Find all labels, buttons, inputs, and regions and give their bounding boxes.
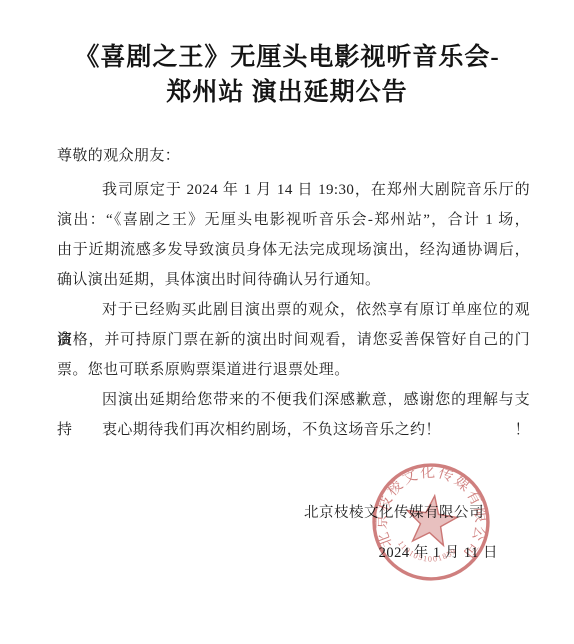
- paragraph2-line1: 对于已经购买此剧目演出票的观众，依然享有原订单座位的观演: [57, 295, 530, 325]
- signature-company: 北京枝棱文化传媒有限公司: [304, 500, 484, 526]
- signature-date: 2024 年 1 月 11 日: [379, 540, 498, 566]
- document-title-line1: 《喜剧之王》无厘头电影视听音乐会-: [0, 40, 574, 75]
- paragraph1-line2: 演出：“《喜剧之王》无厘头电影视听音乐会-郑州站”，合计 1 场，: [57, 205, 530, 235]
- salutation: 尊敬的观众朋友：: [57, 141, 530, 171]
- paragraph2-line3: 票。您也可联系原购票渠道进行退票处理。: [57, 355, 530, 385]
- paragraph1-line1: 我司原定于 2024 年 1 月 14 日 19:30，在郑州大剧院音乐厅的: [57, 175, 530, 205]
- paragraph2-line2: 资格，并可持原门票在新的演出时间观看，请您妥善保管好自己的门: [57, 325, 530, 355]
- announcement-document: 《喜剧之王》无厘头电影视听音乐会- 郑州站 演出延期公告 尊敬的观众朋友： 我司…: [0, 0, 574, 644]
- document-title-line2: 郑州站 演出延期公告: [0, 75, 574, 110]
- document-body: 尊敬的观众朋友： 我司原定于 2024 年 1 月 14 日 19:30，在郑州…: [57, 141, 530, 445]
- document-title: 《喜剧之王》无厘头电影视听音乐会- 郑州站 演出延期公告: [0, 40, 574, 110]
- paragraph3: 因演出延期给您带来的不便我们深感歉意，感谢您的理解与支持！: [57, 385, 530, 415]
- paragraph1-line3: 由于近期流感多发导致演员身体无法完成现场演出，经沟通协调后，: [57, 235, 530, 265]
- paragraph1-line4: 确认演出延期，具体演出时间待确认另行通知。: [57, 265, 530, 295]
